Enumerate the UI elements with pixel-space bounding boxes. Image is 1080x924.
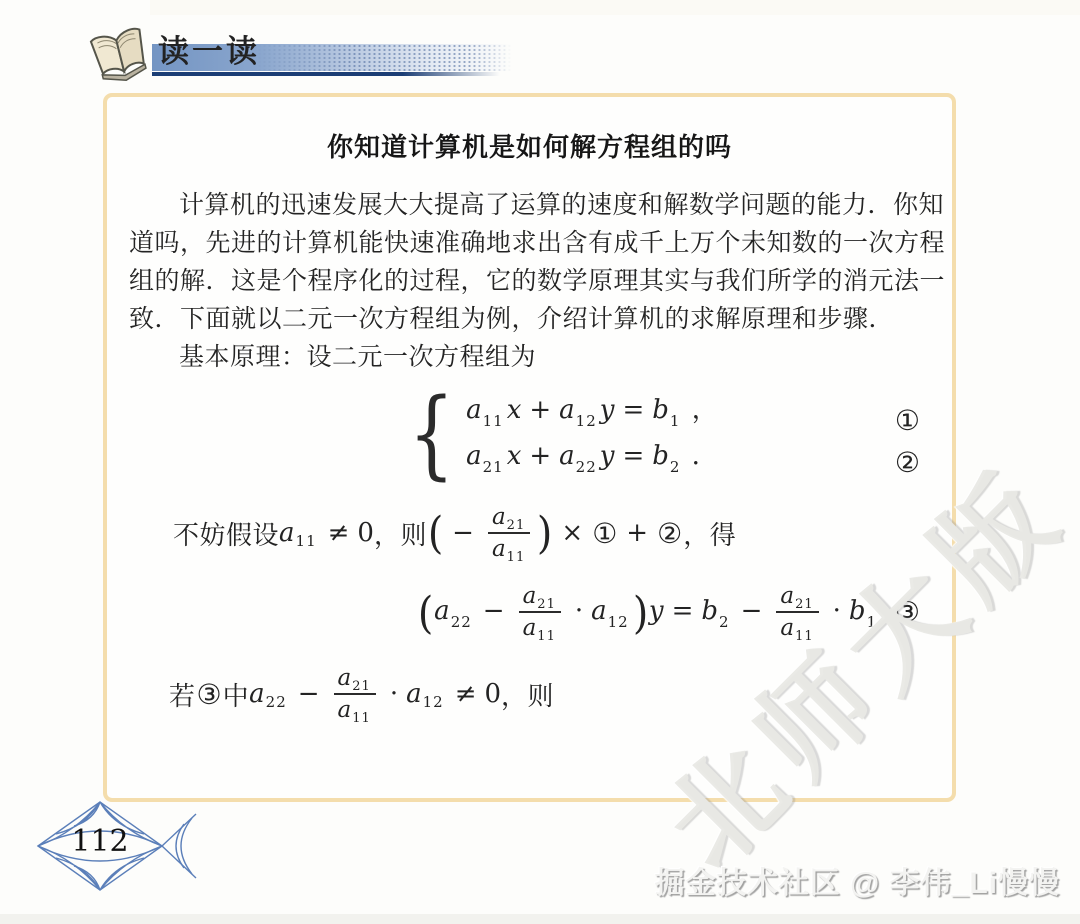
section-header: 读一读 [88, 22, 588, 88]
page-number-text: 112 [60, 824, 140, 859]
paragraph-line: 计算机的迅速发展大大提高了运算的速度和解数学问题的能力．你知 [129, 186, 930, 224]
paragraph-line: 道吗，先进的计算机能快速准确地求出含有成千上万个未知数的一次方程 [129, 224, 930, 262]
equation-label-3: ③ [895, 596, 920, 629]
open-book-icon [88, 24, 152, 86]
equation-label-2: ② [895, 442, 920, 484]
reading-box: 你知道计算机是如何解方程组的吗 计算机的迅速发展大大提高了运算的速度和解数学问题… [103, 93, 956, 802]
equation-label-1: ① [895, 400, 920, 442]
paragraph-line: 组的解．这是个程序化的过程，它的数学原理其实与我们所学的消元法一 [129, 262, 930, 300]
paragraph-line: 致．下面就以二元一次方程组为例，介绍计算机的求解原理和步骤． [129, 300, 930, 338]
paragraph-line: 基本原理：设二元一次方程组为 [129, 338, 930, 376]
condition-line: 若③中 a22−a21a11·a12≠0，则 [169, 658, 930, 730]
equation-2: a21x+a22y=b2 ． [466, 434, 718, 480]
article-paragraph: 计算机的迅速发展大大提高了运算的速度和解数学问题的能力．你知 道吗，先进的计算机… [129, 186, 930, 376]
assumption-line: 不妨假设 a11≠0，则 (−a21a11)×①+②，得 [173, 498, 930, 568]
credit-watermark: 掘金技术社区 @ 李伟_Li慢慢 [655, 858, 1060, 902]
page-number: 112 [26, 792, 206, 902]
banner-underline [152, 72, 500, 76]
section-title: 读一读 [158, 26, 260, 71]
article-title: 你知道计算机是如何解方程组的吗 [129, 127, 930, 164]
header-banner: 读一读 [150, 22, 580, 82]
system-brace: { [409, 392, 455, 476]
equation-1: a11x+a12y=b1 ， [466, 388, 718, 434]
top-scan-artifact [150, 0, 1080, 15]
equation-3-block: (a22−a21a11·a12)y=b2−a21a11·b1 ． ③ [129, 576, 930, 648]
equation-3: (a22−a21a11·a12)y=b2−a21a11·b1 ． [417, 584, 914, 640]
equation-labels: ① ② [895, 400, 920, 484]
equation-system-block: { a11x+a12y=b1 ， a21x+a22y=b2 ． ① ② [129, 388, 930, 480]
textbook-page: { "header": { "label": "读一读" }, "box": {… [0, 0, 1080, 924]
bottom-scan-artifact [0, 914, 1080, 924]
